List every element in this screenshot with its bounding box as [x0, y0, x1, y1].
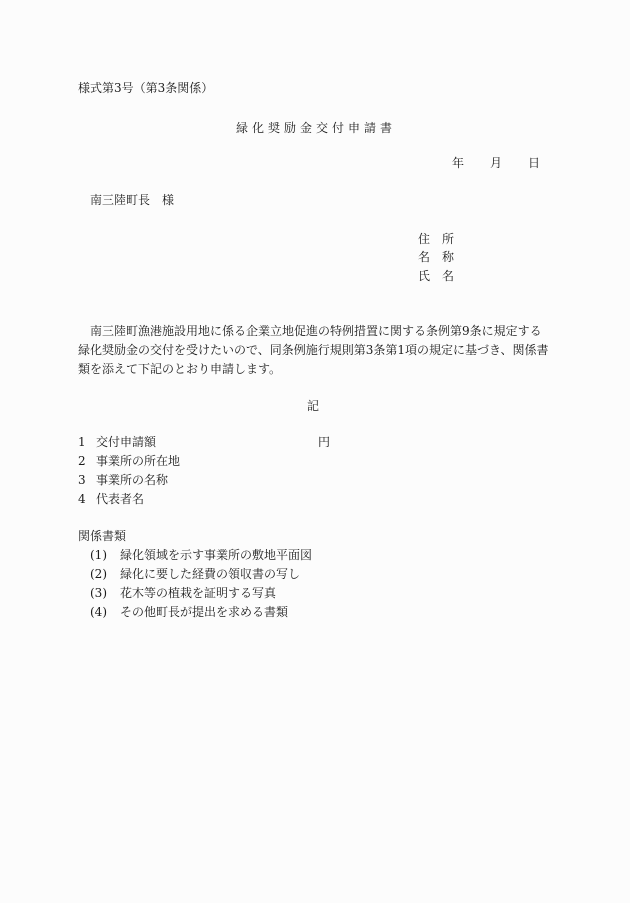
doc-label: その他町長が提出を求める書類	[120, 605, 288, 619]
yen-unit: 円	[318, 436, 330, 448]
doc-label: 緑化領域を示す事業所の敷地平面図	[120, 548, 312, 562]
item-office-name: 3事業所の名称	[78, 474, 168, 486]
related-doc-item: (1)緑化領域を示す事業所の敷地平面図	[90, 549, 312, 561]
label-char: 所	[442, 232, 454, 246]
label-char: 名	[442, 269, 454, 283]
label-char: 名	[418, 250, 430, 264]
item-number: 4	[78, 493, 96, 505]
related-doc-item: (3)花木等の植栽を証明する写真	[90, 587, 276, 599]
item-office-location: 2事業所の所在地	[78, 455, 180, 467]
doc-number: (3)	[90, 587, 120, 599]
document-title: 緑化奨励金交付申請書	[236, 122, 396, 134]
doc-number: (4)	[90, 606, 120, 618]
doc-label: 花木等の植栽を証明する写真	[120, 586, 276, 600]
date-line: 年月日	[452, 157, 540, 169]
day-label: 日	[528, 157, 540, 169]
label-char: 称	[442, 250, 454, 264]
form-number: 様式第3号（第3条関係）	[78, 82, 213, 94]
item-label: 交付申請額	[96, 435, 156, 449]
doc-number: (2)	[90, 568, 120, 580]
item-representative: 4代表者名	[78, 493, 144, 505]
label-char: 住	[418, 232, 430, 246]
item-number: 1	[78, 436, 96, 448]
addressee: 南三陸町長様	[90, 194, 174, 206]
item-label: 事業所の所在地	[96, 454, 180, 468]
application-body-text: 南三陸町漁港施設用地に係る企業立地促進の特例措置に関する条例第9条に規定する緑化…	[78, 322, 550, 379]
year-label: 年	[452, 157, 464, 169]
addressee-honorific: 様	[162, 193, 174, 207]
applicant-name-label: 氏名	[418, 270, 454, 282]
applicant-address-label: 住所	[418, 233, 454, 245]
item-grant-amount: 1交付申請額	[78, 436, 156, 448]
item-number: 3	[78, 474, 96, 486]
related-docs-heading: 関係書類	[78, 530, 126, 542]
month-label: 月	[490, 157, 502, 169]
item-number: 2	[78, 455, 96, 467]
doc-label: 緑化に要した経費の領収書の写し	[120, 567, 300, 581]
doc-number: (1)	[90, 549, 120, 561]
related-doc-item: (2)緑化に要した経費の領収書の写し	[90, 568, 300, 580]
related-doc-item: (4)その他町長が提出を求める書類	[90, 606, 288, 618]
ki-heading: 記	[307, 400, 319, 412]
item-label: 代表者名	[96, 492, 144, 506]
item-label: 事業所の名称	[96, 473, 168, 487]
addressee-name: 南三陸町長	[90, 193, 150, 207]
applicant-company-label: 名称	[418, 251, 454, 263]
label-char: 氏	[418, 269, 430, 283]
